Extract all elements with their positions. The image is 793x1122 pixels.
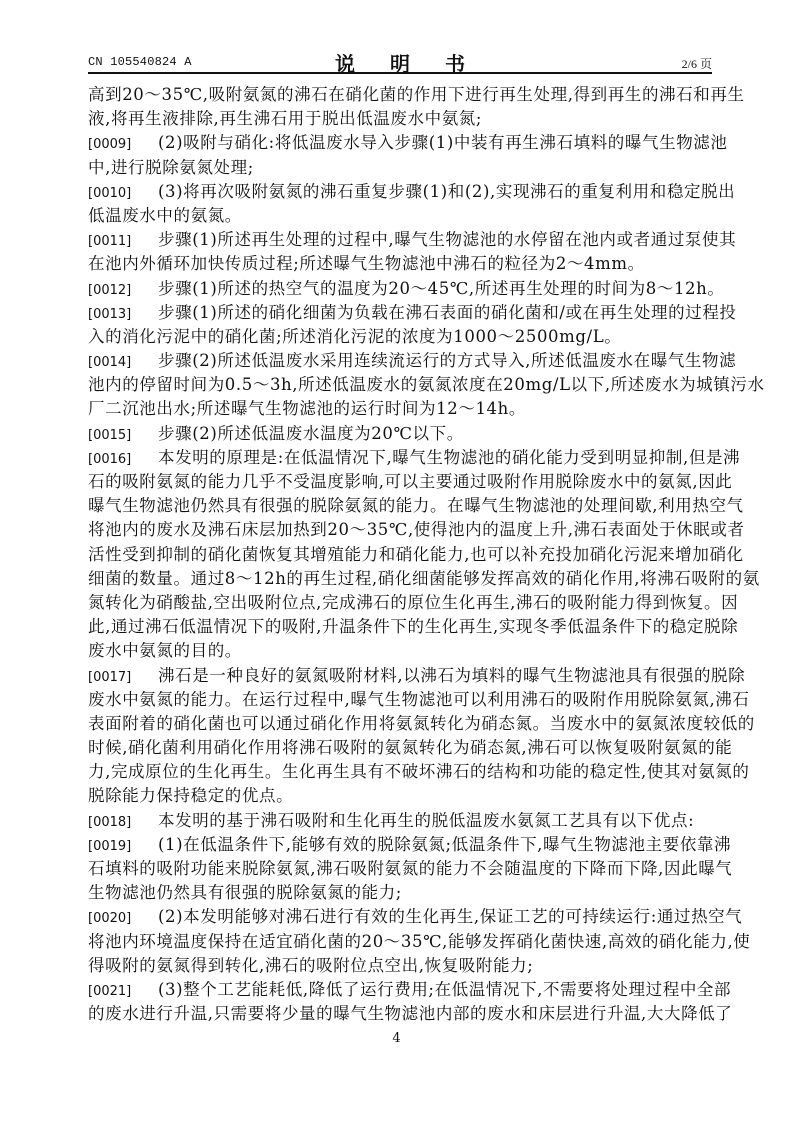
text-line: [0016]本发明的原理是:在低温情况下,曝气生物滤池的硝化能力受到明显抑制,但…	[88, 446, 712, 470]
line-text: (2)吸附与硝化:将低温废水导入步骤(1)中装有再生沸石填料的曝气生物滤池	[158, 133, 728, 152]
text-line: 废水中氨氮的目的。	[88, 639, 712, 663]
text-line: 将池内环境温度保持在适宜硝化菌的20～35℃,能够发挥硝化菌快速,高效的硝化能力…	[88, 930, 712, 954]
text-line: 低温废水中的氨氮。	[88, 204, 712, 228]
line-text: 中,进行脱除氨氮处理;	[88, 158, 254, 177]
line-text: 废水中氨氮的能力。在运行过程中,曝气生物滤池可以利用沸石的吸附作用脱除氨氮,沸石	[88, 690, 750, 709]
text-line: 高到20～35℃,吸附氨氮的沸石在硝化菌的作用下进行再生处理,得到再生的沸石和再…	[88, 83, 712, 107]
line-text: (3)将再次吸附氨氮的沸石重复步骤(1)和(2),实现沸石的重复利用和稳定脱出	[158, 182, 735, 201]
document-body: 高到20～35℃,吸附氨氮的沸石在硝化菌的作用下进行再生处理,得到再生的沸石和再…	[88, 83, 716, 1026]
line-text: 表面附着的硝化菌也可以通过硝化作用将氨氮转化为硝态氮。当废水中的氨氮浓度较低的	[88, 714, 755, 733]
line-text: 步骤(1)所述的硝化细菌为负载在沸石表面的硝化菌和/或在再生处理的过程投	[158, 303, 737, 322]
text-line: 厂二沉池出水;所述曝气生物滤池的运行时间为12～14h。	[88, 397, 712, 421]
line-text: 石的吸附氨氮的能力几乎不受温度影响,可以主要通过吸附作用脱除废水中的氨氮,因此	[88, 472, 732, 491]
paragraph-number: [0009]	[88, 133, 158, 157]
page-number: 4	[0, 1031, 793, 1046]
text-line: [0017]沸石是一种良好的氨氮吸附材料,以沸石为填料的曝气生物滤池具有很强的脱…	[88, 664, 712, 688]
text-line: 将池内的废水及沸石床层加热到20～35℃,使得池内的温度上升,沸石表面处于休眠或…	[88, 518, 712, 542]
line-text: 得吸附的氨氮得到转化,沸石的吸附位点空出,恢复吸附能力;	[88, 956, 533, 975]
text-line: 入的消化污泥中的硝化菌;所述消化污泥的浓度为1000～2500mg/L。	[88, 325, 712, 349]
line-text: (2)本发明能够对沸石进行有效的生化再生,保证工艺的可持续运行:通过热空气	[158, 907, 742, 926]
page-indicator: 2/6 页	[682, 55, 712, 72]
paragraph-number: [0020]	[88, 907, 158, 931]
paragraph-number: [0011]	[88, 230, 158, 254]
line-text: 生物滤池仍然具有很强的脱除氨氮的能力;	[88, 883, 402, 902]
line-text: 入的消化污泥中的硝化菌;所述消化污泥的浓度为1000～2500mg/L。	[88, 327, 621, 346]
text-line: 细菌的数量。通过8～12h的再生过程,硝化细菌能够发挥高效的硝化作用,将沸石吸附…	[88, 567, 712, 591]
text-line: 时候,硝化菌利用硝化作用将沸石吸附的氨氮转化为硝态氮,沸石可以恢复吸附氨氮的能	[88, 736, 712, 760]
line-text: 液,将再生液排除,再生沸石用于脱出低温废水中氨氮;	[88, 109, 482, 128]
text-line: [0020](2)本发明能够对沸石进行有效的生化再生,保证工艺的可持续运行:通过…	[88, 905, 712, 929]
paragraph-number: [0017]	[88, 666, 158, 690]
line-text: 步骤(1)所述的热空气的温度为20～45℃,所述再生处理的时间为8～12h。	[158, 279, 725, 298]
text-line: 得吸附的氨氮得到转化,沸石的吸附位点空出,恢复吸附能力;	[88, 954, 712, 978]
paragraph-number: [0016]	[88, 448, 158, 472]
text-line: [0021](3)整个工艺能耗低,降低了运行费用;在低温情况下,不需要将处理过程…	[88, 978, 712, 1002]
text-line: 液,将再生液排除,再生沸石用于脱出低温废水中氨氮;	[88, 107, 712, 131]
line-text: (1)在低温条件下,能够有效的脱除氨氮;低温条件下,曝气生物滤池主要依靠沸	[158, 835, 731, 854]
text-line: 石的吸附氨氮的能力几乎不受温度影响,可以主要通过吸附作用脱除废水中的氨氮,因此	[88, 470, 712, 494]
line-text: 池内的停留时间为0.5～3h,所述低温废水的氨氮浓度在20mg/L以下,所述废水…	[88, 375, 765, 394]
text-line: 活性受到抑制的硝化菌恢复其增殖能力和硝化能力,也可以补充投加硝化污泥来增加硝化	[88, 543, 712, 567]
text-line: 石填料的吸附功能来脱除氨氮,沸石吸附氨氮的能力不会随温度的下降而下降,因此曝气	[88, 857, 712, 881]
text-line: [0018]本发明的基于沸石吸附和生化再生的脱低温废水氨氮工艺具有以下优点:	[88, 809, 712, 833]
line-text: 活性受到抑制的硝化菌恢复其增殖能力和硝化能力,也可以补充投加硝化污泥来增加硝化	[88, 545, 744, 564]
text-line: 表面附着的硝化菌也可以通过硝化作用将氨氮转化为硝态氮。当废水中的氨氮浓度较低的	[88, 712, 712, 736]
text-line: 此,通过沸石低温情况下的吸附,升温条件下的生化再生,实现冬季低温条件下的稳定脱除	[88, 615, 712, 639]
text-line: [0014]步骤(2)所述低温废水采用连续流运行的方式导入,所述低温废水在曝气生…	[88, 349, 712, 373]
text-line: 中,进行脱除氨氮处理;	[88, 156, 712, 180]
line-text: (3)整个工艺能耗低,降低了运行费用;在低温情况下,不需要将处理过程中全部	[158, 980, 731, 999]
line-text: 此,通过沸石低温情况下的吸附,升温条件下的生化再生,实现冬季低温条件下的稳定脱除	[88, 617, 738, 636]
text-line: [0011]步骤(1)所述再生处理的过程中,曝气生物滤池的水停留在池内或者通过泵…	[88, 228, 712, 252]
text-line: 废水中氨氮的能力。在运行过程中,曝气生物滤池可以利用沸石的吸附作用脱除氨氮,沸石	[88, 688, 712, 712]
line-text: 石填料的吸附功能来脱除氨氮,沸石吸附氨氮的能力不会随温度的下降而下降,因此曝气	[88, 859, 732, 878]
text-line: [0019](1)在低温条件下,能够有效的脱除氨氮;低温条件下,曝气生物滤池主要…	[88, 833, 712, 857]
text-line: [0012]步骤(1)所述的热空气的温度为20～45℃,所述再生处理的时间为8～…	[88, 277, 712, 301]
text-line: 脱除能力保持稳定的优点。	[88, 784, 712, 808]
text-line: 氮转化为硝酸盐,空出吸附位点,完成沸石的原位生化再生,沸石的吸附能力得到恢复。因	[88, 591, 712, 615]
line-text: 将池内环境温度保持在适宜硝化菌的20～35℃,能够发挥硝化菌快速,高效的硝化能力…	[88, 932, 750, 951]
line-text: 脱除能力保持稳定的优点。	[88, 786, 293, 805]
line-text: 将池内的废水及沸石床层加热到20～35℃,使得池内的温度上升,沸石表面处于休眠或…	[88, 520, 745, 539]
line-text: 沸石是一种良好的氨氮吸附材料,以沸石为填料的曝气生物滤池具有很强的脱除	[158, 666, 745, 685]
line-text: 低温废水中的氨氮。	[88, 206, 242, 225]
text-line: 池内的停留时间为0.5～3h,所述低温废水的氨氮浓度在20mg/L以下,所述废水…	[88, 373, 712, 397]
line-text: 曝气生物滤池仍然具有很强的脱除氨氮的能力。在曝气生物滤池的处理间歇,利用热空气	[88, 496, 744, 515]
line-text: 本发明的基于沸石吸附和生化再生的脱低温废水氨氮工艺具有以下优点:	[158, 811, 694, 830]
text-line: [0010](3)将再次吸附氨氮的沸石重复步骤(1)和(2),实现沸石的重复利用…	[88, 180, 712, 204]
text-line: [0009](2)吸附与硝化:将低温废水导入步骤(1)中装有再生沸石填料的曝气生…	[88, 131, 712, 155]
text-line: 力,完成原位的生化再生。生化再生具有不破坏沸石的结构和功能的稳定性,使其对氨氮的	[88, 760, 712, 784]
line-text: 步骤(2)所述低温废水温度为20℃以下。	[158, 424, 464, 443]
text-line: 在池内外循环加快传质过程;所述曝气生物滤池中沸石的粒径为2～4mm。	[88, 252, 712, 276]
text-line: 曝气生物滤池仍然具有很强的脱除氨氮的能力。在曝气生物滤池的处理间歇,利用热空气	[88, 494, 712, 518]
line-text: 的废水进行升温,只需要将少量的曝气生物滤池内部的废水和床层进行升温,大大降低了	[88, 1004, 732, 1023]
paragraph-number: [0018]	[88, 811, 158, 835]
line-text: 高到20～35℃,吸附氨氮的沸石在硝化菌的作用下进行再生处理,得到再生的沸石和再…	[88, 85, 745, 104]
text-line: 生物滤池仍然具有很强的脱除氨氮的能力;	[88, 881, 712, 905]
line-text: 本发明的原理是:在低温情况下,曝气生物滤池的硝化能力受到明显抑制,但是沸	[158, 448, 740, 467]
line-text: 步骤(2)所述低温废水采用连续流运行的方式导入,所述低温废水在曝气生物滤	[158, 351, 736, 370]
paragraph-number: [0012]	[88, 279, 158, 303]
paragraph-number: [0013]	[88, 303, 158, 327]
paragraph-number: [0019]	[88, 835, 158, 859]
text-line: 的废水进行升温,只需要将少量的曝气生物滤池内部的废水和床层进行升温,大大降低了	[88, 1002, 712, 1026]
line-text: 厂二沉池出水;所述曝气生物滤池的运行时间为12～14h。	[88, 399, 526, 418]
page-header: CN 105540824 A 说 明 书 2/6 页	[88, 50, 712, 74]
line-text: 时候,硝化菌利用硝化作用将沸石吸附的氨氮转化为硝态氮,沸石可以恢复吸附氨氮的能	[88, 738, 732, 757]
line-text: 废水中氨氮的目的。	[88, 641, 242, 660]
paragraph-number: [0015]	[88, 424, 158, 448]
header-divider	[88, 72, 712, 74]
paragraph-number: [0014]	[88, 351, 158, 375]
paragraph-number: [0010]	[88, 182, 158, 206]
paragraph-number: [0021]	[88, 980, 158, 1004]
text-line: [0013]步骤(1)所述的硝化细菌为负载在沸石表面的硝化菌和/或在再生处理的过…	[88, 301, 712, 325]
text-line: [0015]步骤(2)所述低温废水温度为20℃以下。	[88, 422, 712, 446]
line-text: 力,完成原位的生化再生。生化再生具有不破坏沸石的结构和功能的稳定性,使其对氨氮的	[88, 762, 750, 781]
line-text: 氮转化为硝酸盐,空出吸附位点,完成沸石的原位生化再生,沸石的吸附能力得到恢复。因	[88, 593, 738, 612]
line-text: 细菌的数量。通过8～12h的再生过程,硝化细菌能够发挥高效的硝化作用,将沸石吸附…	[88, 569, 760, 588]
line-text: 在池内外循环加快传质过程;所述曝气生物滤池中沸石的粒径为2～4mm。	[88, 254, 645, 273]
line-text: 步骤(1)所述再生处理的过程中,曝气生物滤池的水停留在池内或者通过泵使其	[158, 230, 736, 249]
